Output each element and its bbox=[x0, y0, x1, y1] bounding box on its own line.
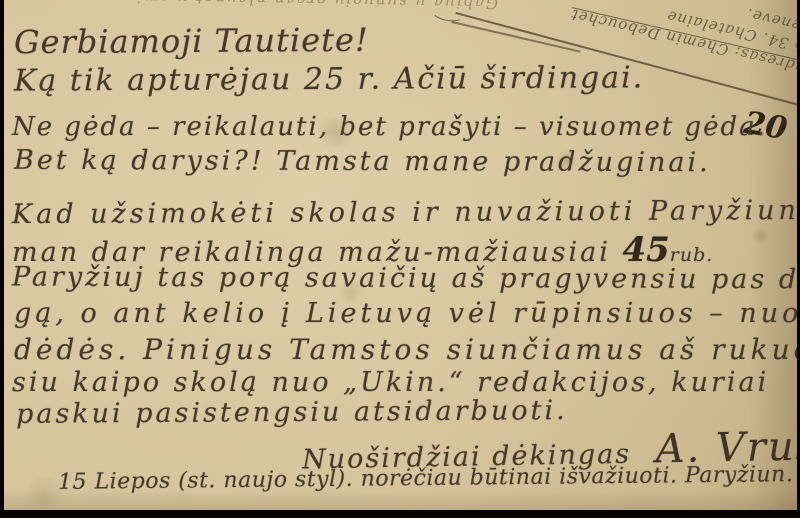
amount-unit: rub. bbox=[670, 244, 714, 266]
salutation-line: Gerbiamoji Tautiete! bbox=[14, 21, 369, 61]
scan-background: Gabiua u sunuoju orcan nlaunot u omigog … bbox=[0, 0, 800, 518]
handwritten-line: Paryžiuj tas porą savaičių aš pragyvensi… bbox=[12, 262, 797, 296]
handwritten-line: Ką tik apturėjau 25 r. Ačiū širdingai. bbox=[14, 60, 644, 98]
handwritten-line: dėdės. Pinigus Tamstos siunčiamus aš ruk… bbox=[14, 333, 797, 366]
postcard: Gabiua u sunuoju orcan nlaunot u omigog … bbox=[4, 0, 797, 510]
handwritten-line: siu kaipo skolą nuo „Ukin.“ redakcijos, … bbox=[12, 367, 769, 398]
handwritten-line: gą, o ant kelio į Lietuvą vėl rūpinsiuos… bbox=[14, 298, 797, 329]
handwritten-line: Ne gėda – reikalauti, bet prašyti – visu… bbox=[12, 112, 767, 142]
handwritten-line: paskui pasistengsiu atsidarbuoti. bbox=[16, 395, 568, 430]
date-line: 15 Liepos (st. naujo styl). norėčiau būt… bbox=[58, 462, 794, 495]
handwritten-line: Kad užsimokėti skolas ir nuvažiuoti Pary… bbox=[12, 195, 797, 230]
handwritten-line: Bet ką darysi?! Tamsta mane pradžuginai. bbox=[14, 145, 711, 178]
diagonal-pen-stroke-short bbox=[452, 21, 581, 52]
